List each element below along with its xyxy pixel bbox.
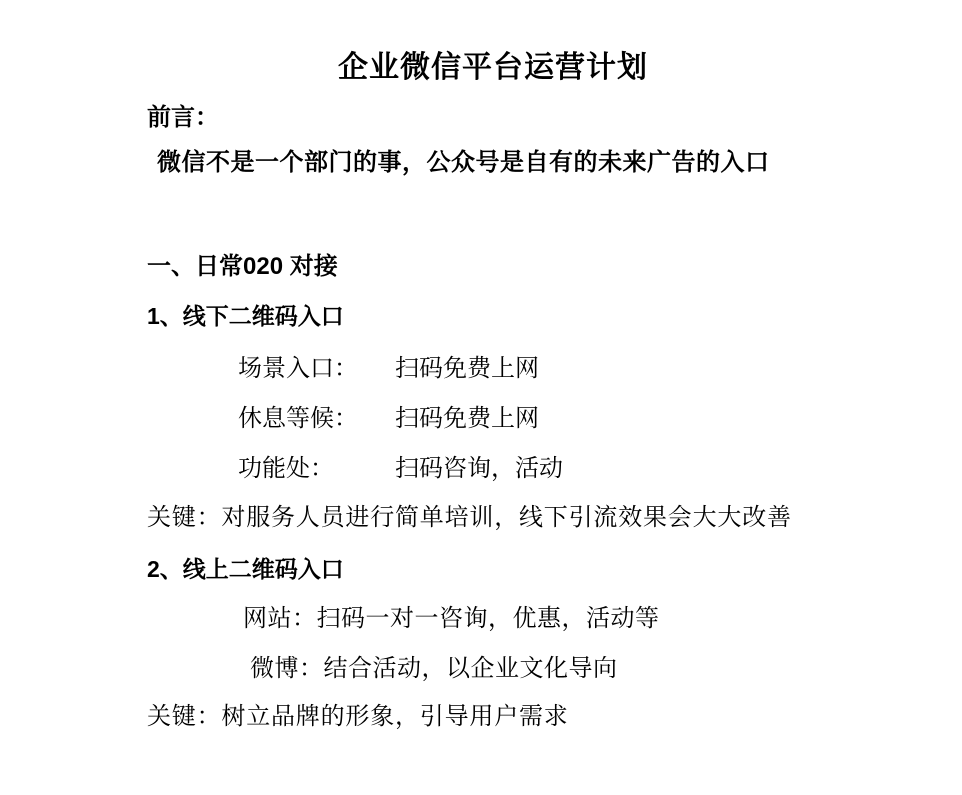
offline-entry-row: 休息等候：扫码免费上网 (238, 406, 539, 434)
entry-label-rest: 休息等候： (238, 406, 395, 434)
subsection-offline-qr-heading: 1、线下二维码入口 (147, 303, 344, 329)
key-note-offline: 关键：对服务人员进行简单培训，线下引流效果会大大改善 (147, 505, 792, 533)
document-page: 企业微信平台运营计划 前言： 微信不是一个部门的事，公众号是自有的未来广告的入口… (0, 0, 962, 795)
online-entry-website: 网站：扫码一对一咨询，优惠，活动等 (243, 606, 660, 634)
online-entry-weibo: 微博：结合活动，以企业文化导向 (250, 656, 618, 684)
entry-label-function: 功能处： (238, 456, 395, 484)
section-1-heading: 一、日常020 对接 (147, 253, 338, 281)
offline-entry-row: 功能处：扫码咨询，活动 (238, 456, 563, 484)
subsection-online-qr-heading: 2、线上二维码入口 (147, 556, 344, 582)
entry-value-scene: 扫码免费上网 (395, 356, 539, 382)
entry-value-function: 扫码咨询，活动 (395, 456, 563, 482)
offline-entry-row: 场景入口：扫码免费上网 (238, 356, 539, 384)
key-note-online: 关键：树立品牌的形象，引导用户需求 (147, 704, 569, 732)
entry-value-rest: 扫码免费上网 (395, 406, 539, 432)
preface-text: 微信不是一个部门的事，公众号是自有的未来广告的入口 (157, 150, 770, 178)
preface-label: 前言： (147, 104, 219, 132)
page-title: 企业微信平台运营计划 (148, 51, 838, 86)
entry-label-scene: 场景入口： (238, 356, 395, 384)
